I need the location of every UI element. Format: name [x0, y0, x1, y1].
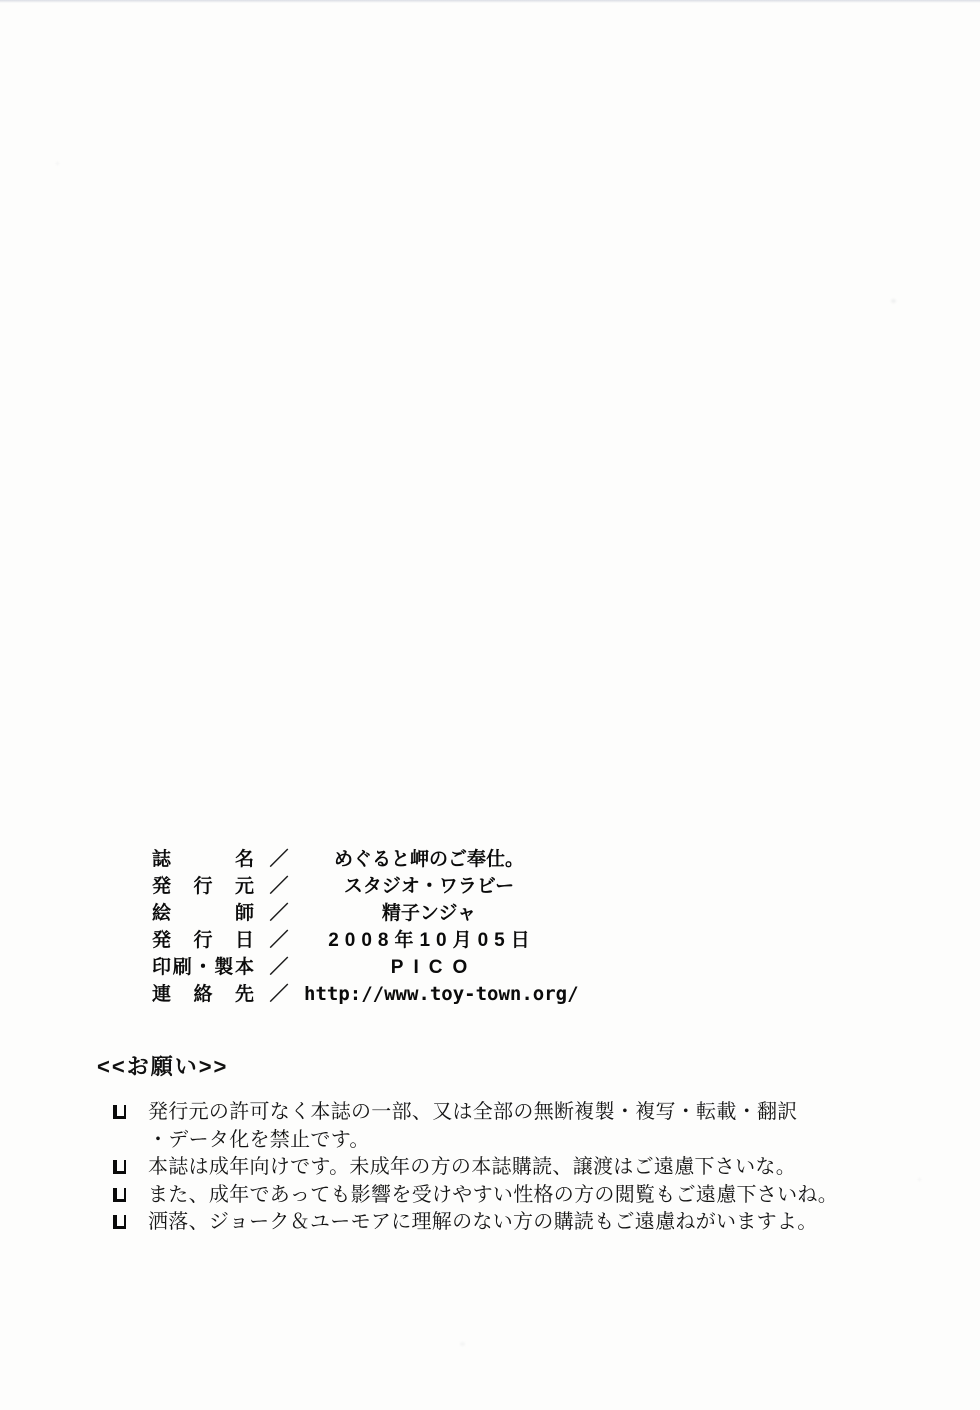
separator-slash: ／ [254, 846, 304, 873]
note-line: 洒落、ジョーク＆ユーモアに理解のない方の購読もご遠慮ねがいますよ。 [148, 1209, 913, 1237]
scan-noise [56, 162, 59, 165]
list-item: また、成年であっても影響を受けやすい性格の方の閲覧もご遠慮下さいね。 [113, 1182, 913, 1210]
note-text: 洒落、ジョーク＆ユーモアに理解のない方の購読もご遠慮ねがいますよ。 [148, 1209, 913, 1237]
open-square-bullet-icon [113, 1188, 126, 1202]
scan-noise [891, 299, 896, 303]
field-label-printing: 印刷・製本 [152, 954, 254, 981]
scan-edge-artifact [0, 0, 980, 3]
note-text: また、成年であっても影響を受けやすい性格の方の閲覧もご遠慮下さいね。 [148, 1182, 913, 1210]
separator-slash: ／ [254, 927, 304, 954]
field-value-artist: 精子ンジャ [304, 900, 554, 927]
colophon-row-title: 誌 名／めぐると岬のご奉仕。 [152, 846, 554, 873]
separator-slash: ／ [254, 954, 304, 981]
open-square-bullet-icon [113, 1215, 126, 1229]
field-value-date: 2008年10月05日 [304, 927, 554, 954]
note-text: 発行元の許可なく本誌の一部、又は全部の無断複製・複写・転載・翻訳 ・データ化を禁… [148, 1099, 913, 1154]
separator-slash: ／ [254, 900, 304, 927]
bullet-col [113, 1182, 148, 1202]
field-value-contact-url: http://www.toy-town.org/ [304, 981, 554, 1008]
scan-noise [918, 1178, 921, 1181]
scan-noise [460, 1342, 465, 1346]
note-text: 本誌は成年向けです。未成年の方の本誌購読、譲渡はご遠慮下さいな。 [148, 1154, 913, 1182]
open-square-bullet-icon [113, 1105, 126, 1119]
note-line: 発行元の許可なく本誌の一部、又は全部の無断複製・複写・転載・翻訳 [148, 1099, 913, 1127]
note-line: ・データ化を禁止です。 [148, 1127, 913, 1155]
list-item: 本誌は成年向けです。未成年の方の本誌購読、譲渡はご遠慮下さいな。 [113, 1154, 913, 1182]
field-label-title: 誌 名 [152, 846, 254, 873]
field-value-title: めぐると岬のご奉仕。 [304, 846, 554, 873]
request-section-heading: <<お願い>> [97, 1050, 228, 1081]
bullet-col [113, 1099, 148, 1119]
bullet-col [113, 1154, 148, 1174]
field-value-publisher: スタジオ・ワラビー [304, 873, 554, 900]
field-label-publisher: 発 行 元 [152, 873, 254, 900]
request-notes-list: 発行元の許可なく本誌の一部、又は全部の無断複製・複写・転載・翻訳 ・データ化を禁… [113, 1099, 913, 1237]
colophon-row-date: 発 行 日／2008年10月05日 [152, 927, 554, 954]
field-value-printing: PICO [304, 954, 554, 981]
open-square-bullet-icon [113, 1160, 126, 1174]
field-label-contact: 連 絡 先 [152, 981, 254, 1008]
colophon-row-publisher: 発 行 元／スタジオ・ワラビー [152, 873, 554, 900]
colophon-row-printing: 印刷・製本／PICO [152, 954, 554, 981]
list-item: 発行元の許可なく本誌の一部、又は全部の無断複製・複写・転載・翻訳 ・データ化を禁… [113, 1099, 913, 1154]
colophon-block: 誌 名／めぐると岬のご奉仕。 発 行 元／スタジオ・ワラビー 絵 師／精子ンジャ… [152, 846, 554, 1008]
note-line: また、成年であっても影響を受けやすい性格の方の閲覧もご遠慮下さいね。 [148, 1182, 913, 1210]
colophon-row-artist: 絵 師／精子ンジャ [152, 900, 554, 927]
field-label-artist: 絵 師 [152, 900, 254, 927]
separator-slash: ／ [254, 981, 304, 1008]
field-label-date: 発 行 日 [152, 927, 254, 954]
note-line: 本誌は成年向けです。未成年の方の本誌購読、譲渡はご遠慮下さいな。 [148, 1154, 913, 1182]
colophon-row-contact: 連 絡 先／http://www.toy-town.org/ [152, 981, 554, 1008]
list-item: 洒落、ジョーク＆ユーモアに理解のない方の購読もご遠慮ねがいますよ。 [113, 1209, 913, 1237]
bullet-col [113, 1209, 148, 1229]
colophon-page: 誌 名／めぐると岬のご奉仕。 発 行 元／スタジオ・ワラビー 絵 師／精子ンジャ… [0, 0, 980, 1410]
separator-slash: ／ [254, 873, 304, 900]
